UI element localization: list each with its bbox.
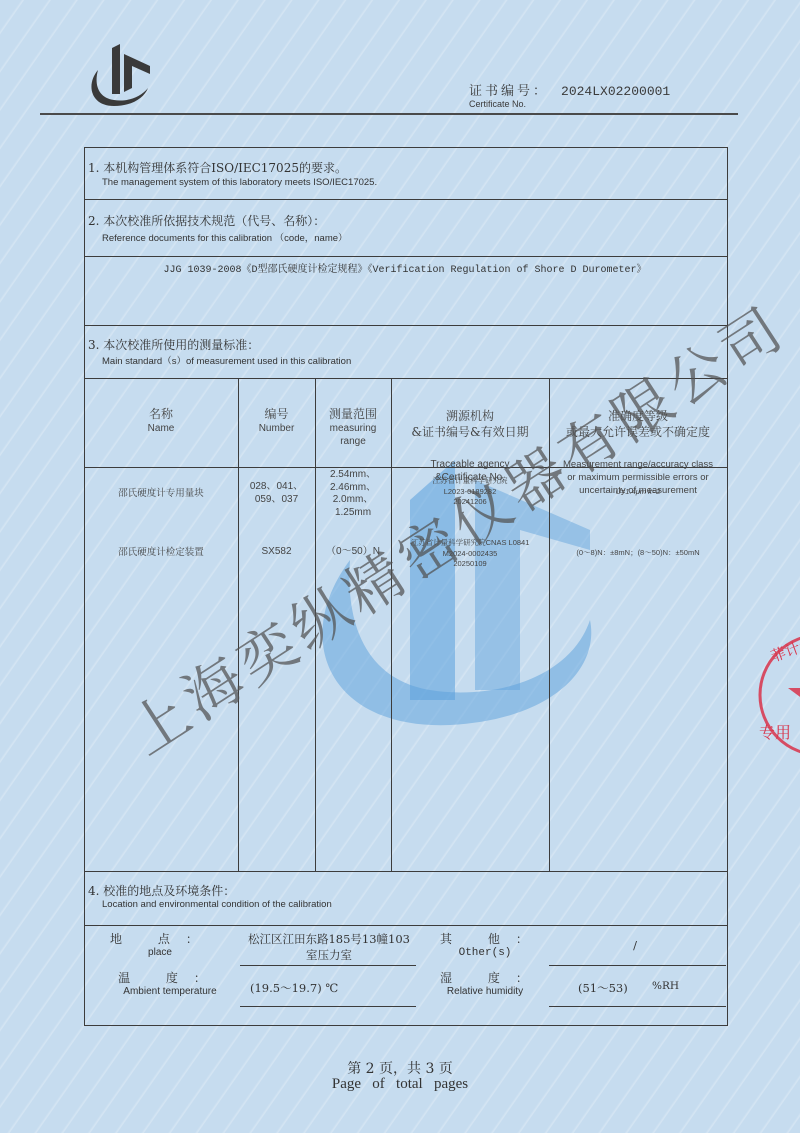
header-number-en: Number bbox=[238, 422, 315, 435]
humidity-label-en: Relative humidity bbox=[440, 986, 530, 997]
section-1-subtitle: The management system of this laboratory… bbox=[102, 177, 377, 188]
svg-text:菲计量: 菲计量 bbox=[768, 633, 800, 665]
divider bbox=[84, 871, 727, 872]
other-label: 其 他： Other(s) bbox=[440, 930, 530, 959]
company-logo-icon bbox=[84, 44, 154, 110]
place-label-cn: 地 点： bbox=[110, 930, 210, 947]
temperature-label-en: Ambient temperature bbox=[110, 986, 230, 997]
place-value-line1: 松江区江田东路185号13幢103 bbox=[236, 931, 422, 947]
certificate-number-label: 证书编号： bbox=[469, 84, 549, 99]
place-label-en: place bbox=[110, 947, 210, 958]
column-divider bbox=[315, 378, 316, 871]
other-underline bbox=[549, 965, 726, 966]
temperature-label-cn: 温 度： bbox=[110, 969, 230, 986]
section-3-subtitle: Main standard（s）of measurement used in t… bbox=[102, 353, 351, 367]
humidity-value: (51～53) bbox=[578, 980, 628, 996]
place-value-line2: 室压力室 bbox=[236, 947, 422, 963]
other-value: / bbox=[600, 938, 670, 952]
row-1-traceability: 江苏省计量科学研究院 L2023-0189282 20241206 bbox=[391, 476, 549, 508]
row-1-number: 028、041、 059、037 bbox=[238, 481, 315, 506]
section-1-title: 1. 本机构管理体系符合ISO/IEC17025的要求。 bbox=[88, 159, 347, 176]
other-label-cn: 其 他： bbox=[440, 930, 530, 947]
certificate-number: 证书编号：2024LX02200001 bbox=[469, 80, 670, 99]
divider bbox=[84, 378, 727, 379]
header-range-en: measuring range bbox=[318, 422, 388, 448]
humidity-unit: %RH bbox=[652, 980, 679, 992]
certificate-number-label-en: Certificate No. bbox=[469, 99, 526, 109]
row-1-accuracy: U=1.4μm k=2 bbox=[549, 487, 727, 498]
divider bbox=[84, 199, 727, 200]
temperature-value: (19.5～19.7) ℃ bbox=[250, 980, 338, 996]
place-value: 松江区江田东路185号13幢103 室压力室 bbox=[236, 931, 422, 963]
temperature-underline bbox=[240, 1006, 416, 1007]
header-range-cn: 测量范围 bbox=[318, 406, 388, 422]
page-number-en: Page of total pages bbox=[0, 1076, 800, 1093]
header-number-cn: 编号 bbox=[238, 406, 315, 422]
other-label-en: Other(s) bbox=[440, 947, 530, 959]
column-divider bbox=[238, 378, 239, 871]
divider bbox=[84, 925, 727, 926]
page-number-cn: 第 2 页，共 3 页 bbox=[0, 1058, 800, 1078]
humidity-label-cn: 湿 度： bbox=[440, 969, 530, 986]
humidity-label: 湿 度： Relative humidity bbox=[440, 969, 530, 997]
row-2-name: 邵氏硬度计检定装置 bbox=[84, 547, 238, 560]
header-name: 名称 Name bbox=[84, 406, 238, 435]
certificate-number-value: 2024LX02200001 bbox=[561, 84, 670, 99]
temperature-label: 温 度： Ambient temperature bbox=[110, 969, 230, 997]
row-2-number: SX582 bbox=[238, 546, 315, 559]
section-2-title: 2. 本次校准所依据技术规范（代号、名称）： bbox=[88, 212, 325, 229]
row-1-name: 邵氏硬度计专用量块 bbox=[84, 488, 238, 501]
section-4-title: 4. 校准的地点及环境条件： bbox=[88, 882, 235, 899]
header-name-en: Name bbox=[84, 422, 238, 435]
header-traceability-cn: 溯源机构 &证书编号&有效日期 bbox=[391, 408, 549, 440]
row-1-range: 2.54mm、 2.46mm、 2.0mm、 1.25mm bbox=[315, 469, 391, 519]
divider bbox=[84, 325, 727, 326]
place-underline bbox=[240, 965, 416, 966]
humidity-underline bbox=[549, 1006, 726, 1007]
row-2-accuracy: (0～8)N：±8mN；(8～50)N：±50mN bbox=[549, 548, 727, 559]
header-accuracy-cn: 准确度等级 或最大允许误差或不确定度 bbox=[549, 408, 727, 440]
svg-text:专用: 专用 bbox=[759, 723, 791, 742]
header-range: 测量范围 measuring range bbox=[318, 406, 388, 448]
row-2-traceability: 江苏省计量科学研究院CNAS L0841 M2024-0002435 20250… bbox=[391, 538, 549, 570]
reference-document: JJG 1039-2008《D型邵氏硬度计检定规程》《Verification … bbox=[84, 260, 726, 276]
section-2-subtitle: Reference documents for this calibration… bbox=[102, 230, 348, 244]
place-label: 地 点： place bbox=[110, 930, 210, 958]
header-name-cn: 名称 bbox=[84, 406, 238, 422]
seal-stamp-icon: 菲计量 专用 bbox=[755, 630, 800, 760]
header-divider bbox=[40, 113, 738, 115]
section-3-title: 3. 本次校准所使用的测量标准： bbox=[88, 336, 259, 353]
row-2-range: （0～50）N bbox=[315, 546, 391, 559]
header-number: 编号 Number bbox=[238, 406, 315, 435]
section-4-subtitle: Location and environmental condition of … bbox=[102, 899, 332, 910]
divider bbox=[84, 256, 727, 257]
